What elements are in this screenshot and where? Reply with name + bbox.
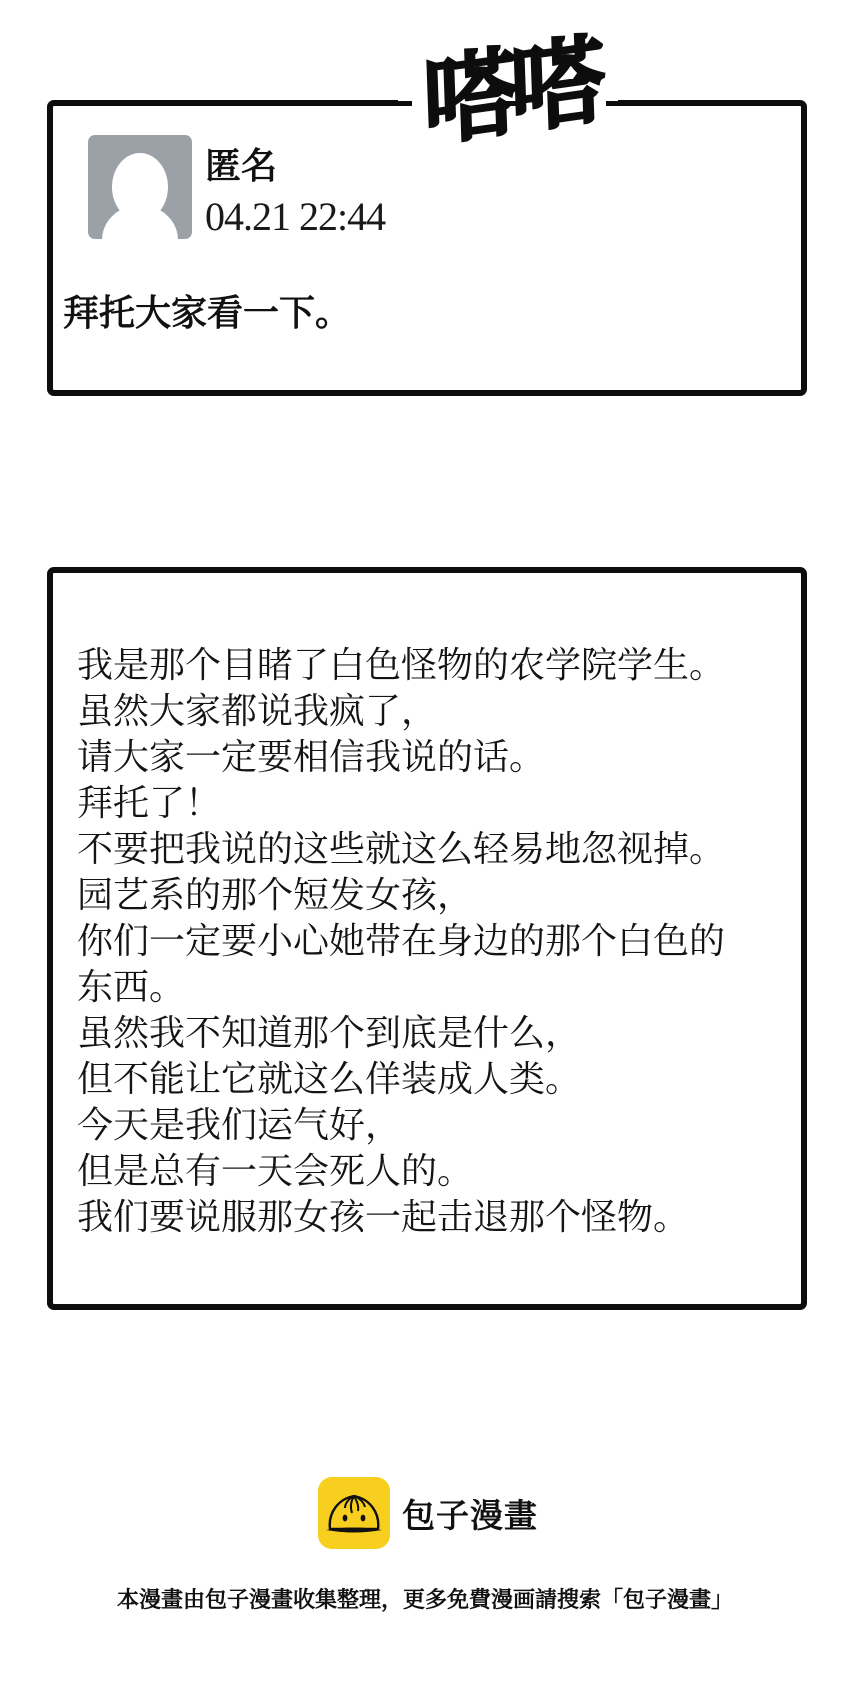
message-line: 但不能让它就这么佯装成人类。 — [77, 1057, 725, 1103]
default-user-avatar-icon — [88, 135, 192, 239]
sfx-border-segment-right — [606, 101, 626, 106]
sound-effect-text: 嗒嗒 — [399, 10, 621, 173]
message-line: 今天是我们运气好， — [77, 1103, 725, 1149]
sound-effect: 嗒嗒 — [400, 26, 620, 158]
post-timestamp: 04.21 22:44 — [205, 194, 385, 240]
message-line: 但是总有一天会死人的。 — [77, 1149, 725, 1195]
message-line: 虽然大家都说我疯了， — [77, 689, 725, 735]
post-author: 匿名 — [205, 144, 277, 188]
brand-name: 包子漫畫 — [402, 1490, 538, 1537]
message-panel: 我是那个目睹了白色怪物的农学院学生。 虽然大家都说我疯了， 请大家一定要相信我说… — [47, 567, 807, 1310]
sfx-border-segment-left — [388, 101, 412, 106]
message-line: 虽然我不知道那个到底是什么， — [77, 1011, 725, 1057]
footer-note: 本漫畫由包子漫畫收集整理，更多免費漫画請搜索「包子漫畫」 — [0, 1586, 850, 1616]
message-line: 拜托了！ — [77, 781, 725, 827]
message-line: 我们要说服那女孩一起击退那个怪物。 — [77, 1195, 725, 1241]
avatar-body-shape — [102, 205, 178, 239]
message-line: 我是那个目睹了白色怪物的农学院学生。 — [77, 643, 725, 689]
post-text: 拜托大家看一下。 — [63, 290, 351, 336]
sfx-border-segment-middle — [498, 101, 518, 106]
message-line: 园艺系的那个短发女孩， — [77, 873, 725, 919]
message-line: 不要把我说的这些就这么轻易地忽视掉。 — [77, 827, 725, 873]
message-line: 你们一定要小心她带在身边的那个白色的 — [77, 919, 725, 965]
message-line: 请大家一定要相信我说的话。 — [77, 735, 725, 781]
message-line: 东西。 — [77, 965, 725, 1011]
brand-logo: 包子漫畫 — [318, 1477, 538, 1549]
message-body: 我是那个目睹了白色怪物的农学院学生。 虽然大家都说我疯了， 请大家一定要相信我说… — [77, 643, 725, 1241]
steamed-bun-logo-icon — [318, 1477, 390, 1549]
steamed-bun-icon — [318, 1477, 390, 1549]
